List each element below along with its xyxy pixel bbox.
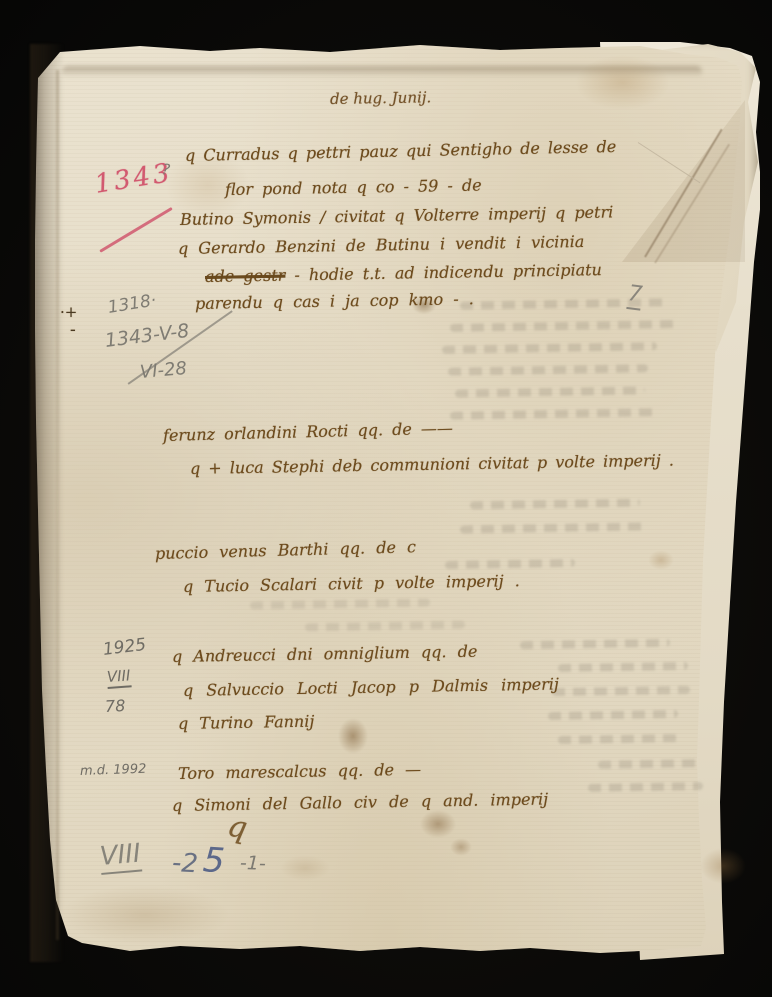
manuscript-line-e5l3: q Turino Fannij <box>178 712 315 733</box>
inventory-number: 78 <box>105 696 126 716</box>
shelfmark-part3: -1- <box>240 852 267 875</box>
md-year-note: m.d. 1992 <box>80 762 147 779</box>
shelfmark-roman: VIII <box>99 839 143 875</box>
top-edge-shadow <box>62 66 702 77</box>
margin-dash-mark: - <box>70 320 76 340</box>
struck-words: ade gestr <box>205 266 286 286</box>
left-fold-crease <box>56 70 59 940</box>
shelfmark-part2: 5 <box>202 840 226 881</box>
inventory-roman: VIII <box>106 666 131 689</box>
margin-plus-mark: ·+ <box>60 303 77 321</box>
page-heading: de hug. Junij. <box>330 88 432 108</box>
manuscript-photo: de hug. Junij. q Curradus q pettri pauz … <box>0 0 772 997</box>
shelfmark-part1: -2 <box>171 848 198 879</box>
